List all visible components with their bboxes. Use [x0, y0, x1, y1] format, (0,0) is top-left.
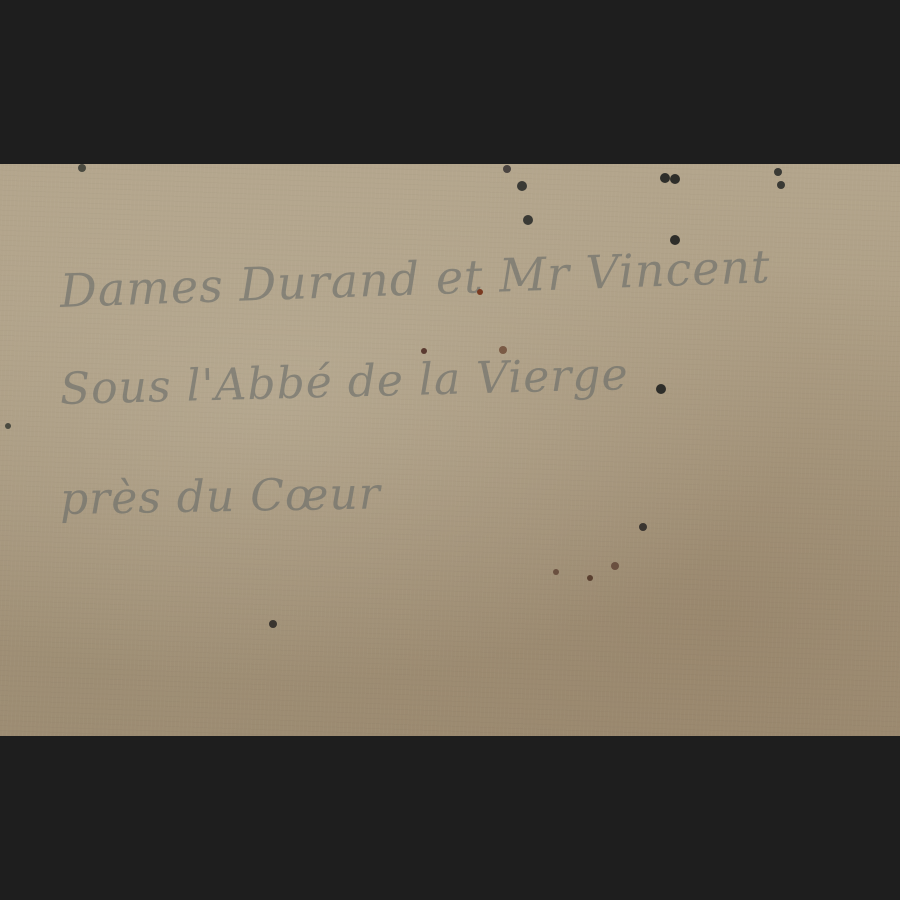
- inscription-line-3: près du Cœur: [60, 468, 382, 525]
- photo-frame: Dames Durand et Mr Vincent Sous l'Abbé d…: [0, 0, 900, 900]
- foxing-spot: [5, 423, 11, 429]
- foxing-spot: [660, 173, 670, 183]
- foxing-spot: [639, 523, 647, 531]
- foxing-spot: [523, 215, 533, 225]
- foxing-spot: [78, 164, 86, 172]
- foxing-spot: [774, 168, 782, 176]
- aged-paper: Dames Durand et Mr Vincent Sous l'Abbé d…: [0, 164, 900, 736]
- foxing-spot: [553, 569, 559, 575]
- foxing-spot: [517, 181, 527, 191]
- foxing-spot: [477, 289, 483, 295]
- foxing-spot: [611, 562, 619, 570]
- foxing-spot: [587, 575, 593, 581]
- foxing-spot: [499, 346, 507, 354]
- foxing-spot: [777, 181, 785, 189]
- foxing-spot: [421, 348, 427, 354]
- foxing-spot: [670, 235, 680, 245]
- foxing-spot: [269, 620, 277, 628]
- foxing-spot: [503, 165, 511, 173]
- foxing-spot: [670, 174, 680, 184]
- foxing-spot: [656, 384, 666, 394]
